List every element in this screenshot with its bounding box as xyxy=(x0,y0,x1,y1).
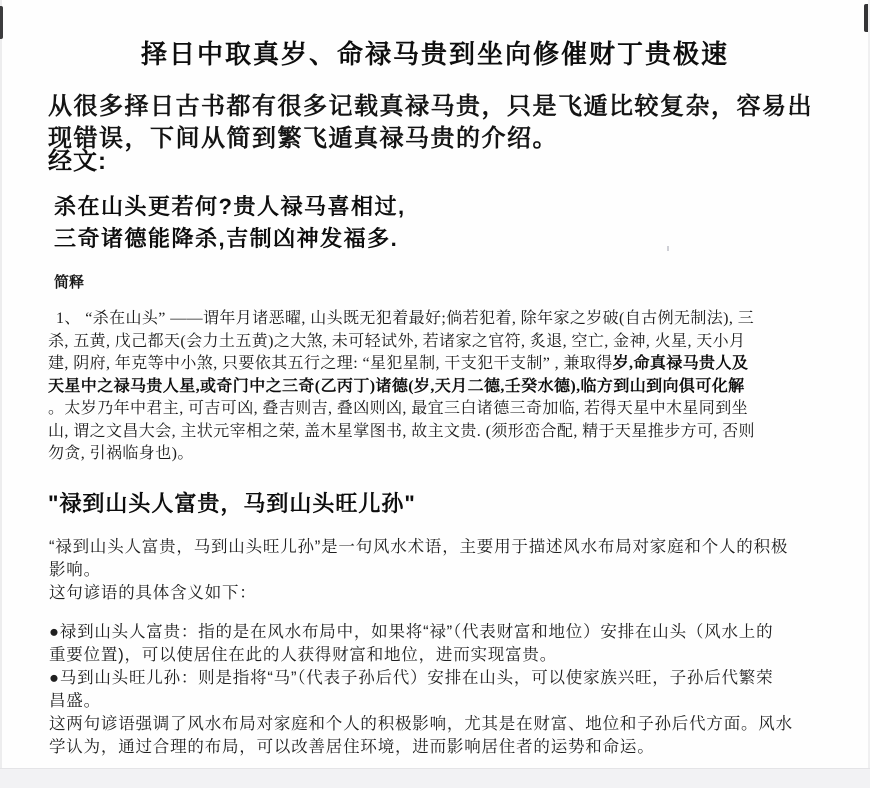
explanation-line: 建, 阴府, 年克等中小煞, 只要依其五行之理: “星犯星制, 干支犯干支制” … xyxy=(48,353,755,376)
quote-heading: "禄到山头人富贵，马到山头旺儿孙" xyxy=(48,487,416,518)
closing-line: 学认为，通过合理的布局，可以改善居住环境，进而影响居住者的运势和命运。 xyxy=(49,736,793,759)
explanation-line: 杀, 五黄, 戊己都天(会力土五黄)之大煞, 未可轻试外, 若诸家之官符, 炙退… xyxy=(48,331,755,354)
bullet-line: ●禄到山头人富贵：指的是在风水布局中，如果将“禄”（代表财富和地位）安排在山头（… xyxy=(49,621,793,644)
brief-label: 简释 xyxy=(54,271,84,292)
explanation-segment: 建, 阴府, 年克等中小煞, 只要依其五行之理: “星犯星制, 干支犯干支制” … xyxy=(48,355,613,372)
closing-line: 这两句谚语强调了风水布局对家庭和个人的积极影响，尤其是在财富、地位和子孙后代方面… xyxy=(49,713,793,736)
meaning-list: ●禄到山头人富贵：指的是在风水布局中，如果将“禄”（代表财富和地位）安排在山头（… xyxy=(49,621,793,759)
intro-paragraph: 从很多择日古书都有很多记载真禄马贵，只是飞遁比较复杂，容易出 现错误，下间从简到… xyxy=(48,91,813,155)
bullet-line: 重要位置)，可以使居住在此的人获得财富和地位，进而实现富贵。 xyxy=(49,644,793,667)
intro-line: 从很多择日古书都有很多记载真禄马贵，只是飞遁比较复杂，容易出 xyxy=(48,91,813,123)
scan-artifact-top-right xyxy=(864,4,868,32)
explanation-line: 山, 谓之文昌大会, 主状元宰相之荣, 盖木星掌图书, 故主文贵. (须形峦合配… xyxy=(48,421,755,444)
scan-speck xyxy=(667,246,669,251)
document-page: 择日中取真岁、命禄马贵到坐向修催财丁贵极速 从很多择日古书都有很多记载真禄马贵，… xyxy=(0,0,870,788)
explanation-segment-bold: 岁,命真禄马贵人及 xyxy=(613,355,749,372)
explanation-line: 1、 “杀在山头” ——谓年月诸恶曜, 山头既无犯着最好;倘若犯着, 除年家之岁… xyxy=(48,308,755,331)
intro-line: 现错误，下间从简到繁飞遁真禄马贵的介绍。 xyxy=(48,123,813,155)
description-paragraph: “禄到山头人富贵，马到山头旺儿孙”是一句风水术语，主要用于描述风水布局对家庭和个… xyxy=(49,536,788,605)
explanation-line: 勿贪, 引祸临身也)。 xyxy=(48,443,755,466)
explanation-line: 。太岁乃年中君主, 可吉可凶, 叠吉则吉, 叠凶则凶, 最宜三白诸德三奇加临, … xyxy=(48,398,755,421)
scripture-verse: 杀在山头更若何?贵人禄马喜相过, 三奇诸德能降杀,吉制凶神发福多. xyxy=(54,191,406,255)
bullet-line: 昌盛。 xyxy=(49,690,793,713)
description-line: 这句谚语的具体含义如下： xyxy=(49,582,788,605)
description-line: “禄到山头人富贵，马到山头旺儿孙”是一句风水术语，主要用于描述风水布局对家庭和个… xyxy=(49,536,788,559)
verse-line: 杀在山头更若何?贵人禄马喜相过, xyxy=(54,191,406,223)
description-line: 影响。 xyxy=(49,559,788,582)
page-title: 择日中取真岁、命禄马贵到坐向修催财丁贵极速 xyxy=(0,34,870,71)
explanation-line-bold: 天星中之禄马贵人星,或奇门中之三奇(乙丙丁)诸德(岁,天月二德,壬癸水德),临方… xyxy=(48,376,755,399)
verse-line: 三奇诸德能降杀,吉制凶神发福多. xyxy=(54,223,406,255)
explanation-paragraph: 1、 “杀在山头” ——谓年月诸恶曜, 山头既无犯着最好;倘若犯着, 除年家之岁… xyxy=(48,308,755,466)
scan-edge-left xyxy=(0,0,2,788)
bullet-line: ●马到山头旺儿孙：则是指将“马”（代表子孙后代）安排在山头，可以使家族兴旺，子孙… xyxy=(49,667,793,690)
scripture-label: 经文: xyxy=(48,141,107,176)
bottom-gray-band xyxy=(0,768,870,788)
